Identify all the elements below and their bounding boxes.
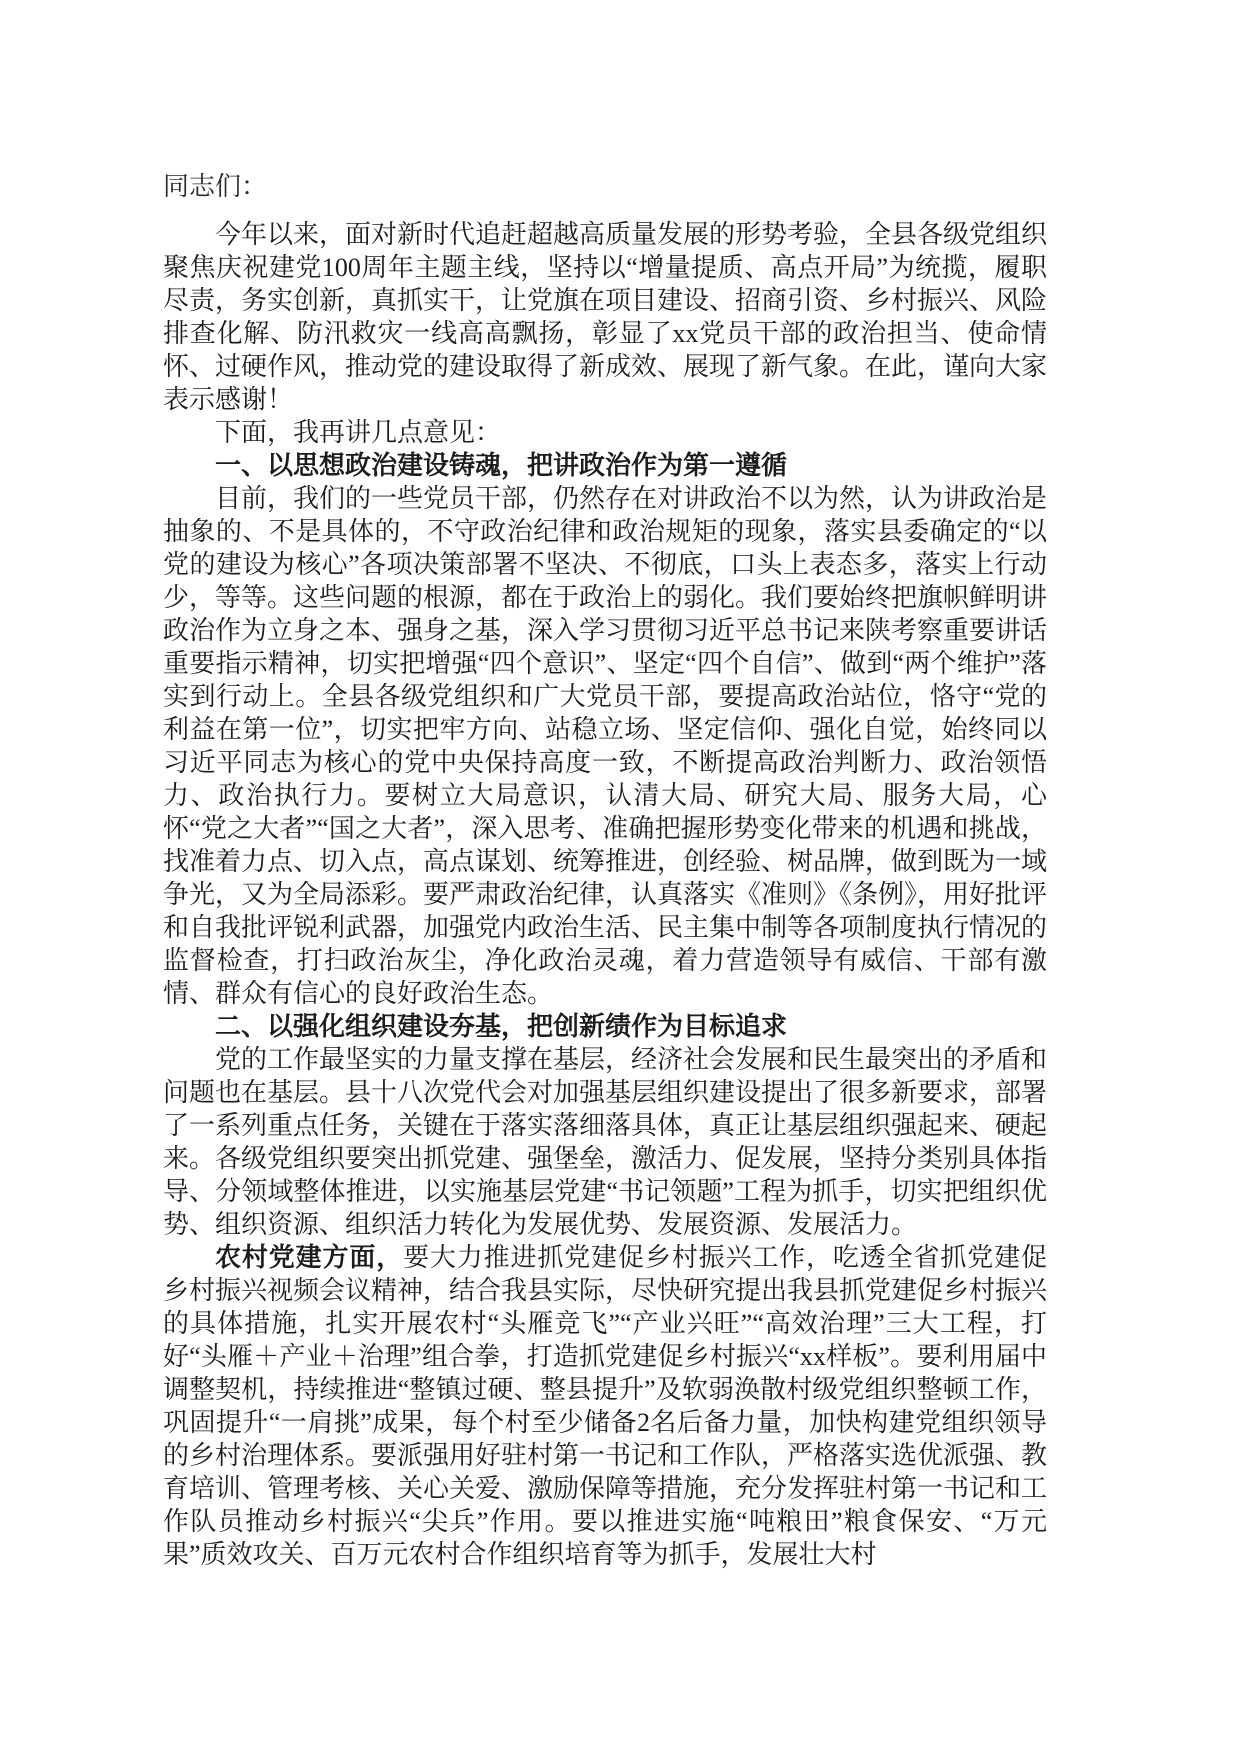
section-1-body: 目前，我们的一些党员干部，仍然存在对讲政治不以为然，认为讲政治是抽象的、不是具体… (163, 482, 1047, 1010)
transition-paragraph: 下面，我再讲几点意见： (163, 416, 1047, 449)
rural-party-building-text: 要大力推进抓党建促乡村振兴工作，吃透全省抓党建促乡村振兴视频会议精神，结合我县实… (163, 1243, 1047, 1569)
rural-party-building-lead: 农村党建方面， (215, 1243, 403, 1272)
document-page: 同志们： 今年以来，面对新时代追赶超越高质量发展的形势考验，全县各级党组织聚焦庆… (0, 0, 1240, 1754)
rural-party-building-paragraph: 农村党建方面，要大力推进抓党建促乡村振兴工作，吃透全省抓党建促乡村振兴视频会议精… (163, 1241, 1047, 1571)
salutation: 同志们： (163, 170, 1047, 203)
section-2-body: 党的工作最坚实的力量支撑在基层，经济社会发展和民生最突出的矛盾和问题也在基层。县… (163, 1043, 1047, 1241)
document-body: 同志们： 今年以来，面对新时代追赶超越高质量发展的形势考验，全县各级党组织聚焦庆… (163, 170, 1047, 1571)
section-2-heading: 二、以强化组织建设夯基，把创新绩作为目标追求 (163, 1010, 1047, 1043)
section-1-heading: 一、以思想政治建设铸魂，把讲政治作为第一遵循 (163, 449, 1047, 482)
opening-paragraph: 今年以来，面对新时代追赶超越高质量发展的形势考验，全县各级党组织聚焦庆祝建党10… (163, 218, 1047, 416)
